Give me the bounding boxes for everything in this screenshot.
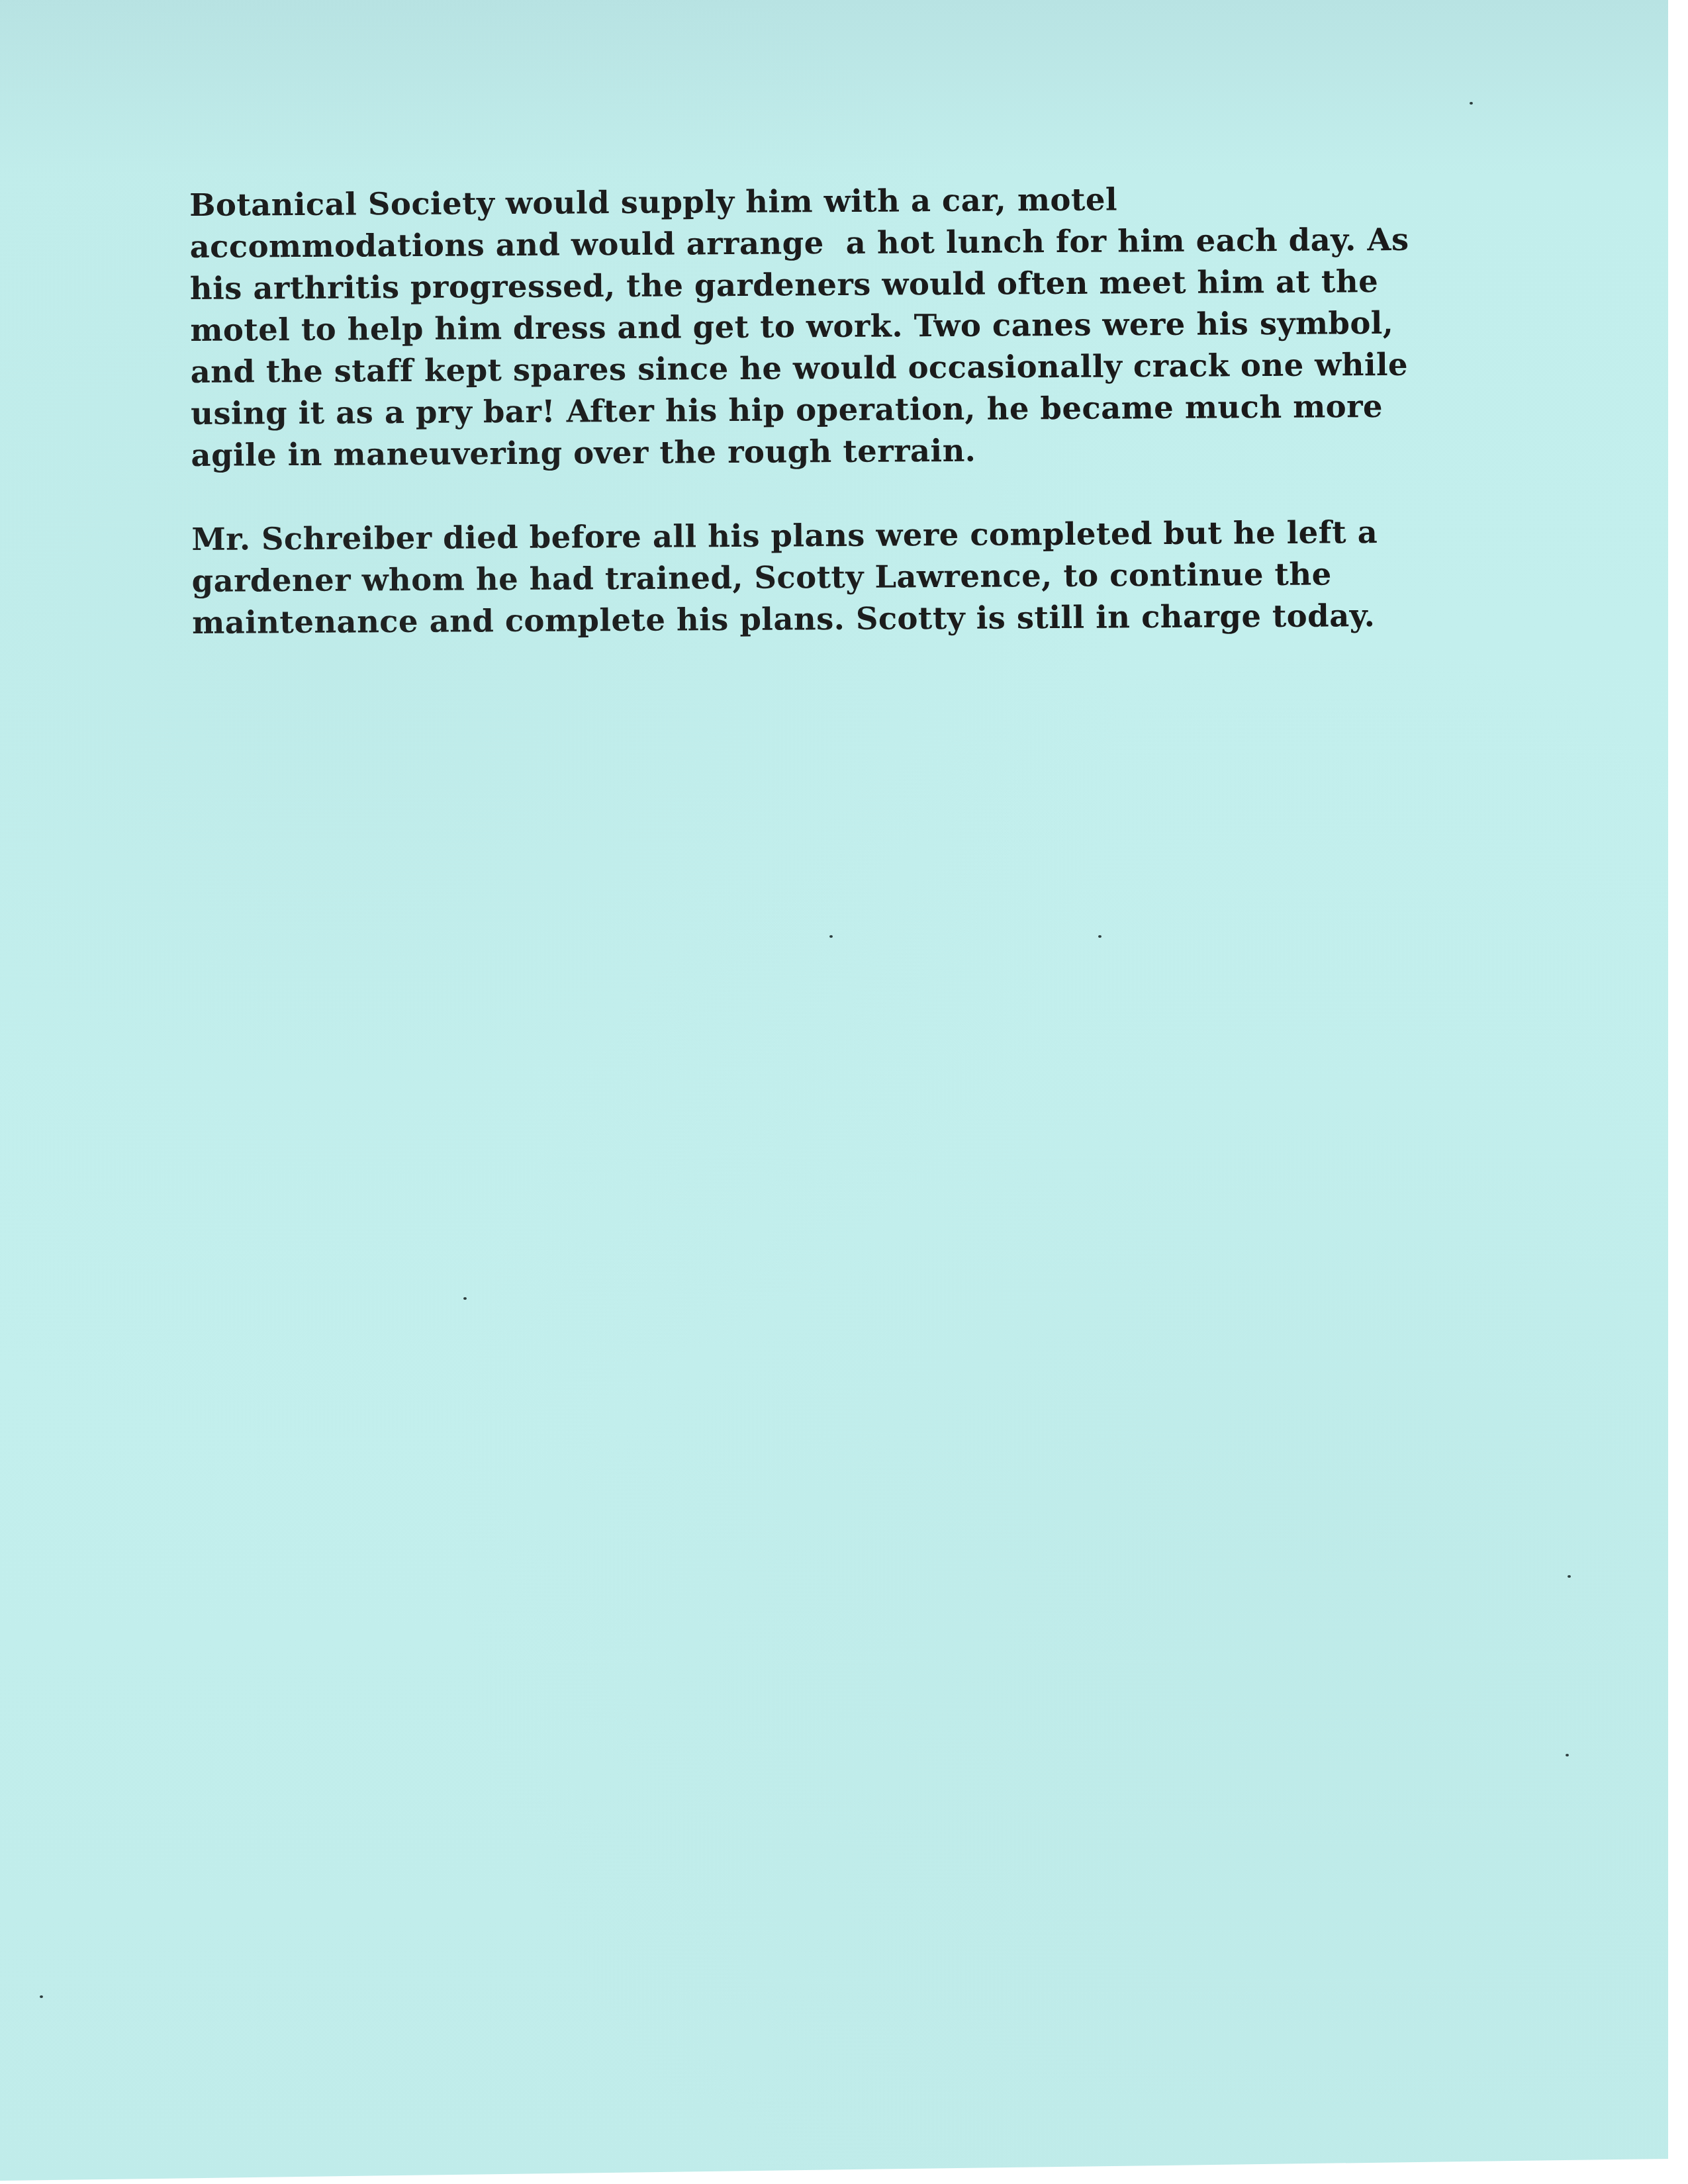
text-line: maintenance and complete his plans. Scot…	[192, 594, 1503, 643]
document-body: Botanical Society would supply him with …	[189, 176, 1503, 686]
text-line: using it as a pry bar! After his hip ope…	[191, 385, 1501, 434]
scan-speck	[829, 935, 833, 938]
scan-speck	[1470, 102, 1473, 105]
scan-speck	[1568, 1575, 1571, 1578]
scan-speck	[1098, 935, 1102, 938]
scan-speck	[40, 1995, 43, 1998]
paragraph-schreiber-legacy: Mr. Schreiber died before all his plans …	[191, 510, 1503, 643]
scan-speck	[463, 1297, 467, 1300]
text-line: agile in maneuvering over the rough terr…	[191, 426, 1501, 476]
scan-speck	[1566, 1754, 1569, 1756]
paragraph-schreiber-visits: Botanical Society would supply him with …	[189, 176, 1502, 476]
scanned-page: Botanical Society would supply him with …	[0, 0, 1668, 2184]
